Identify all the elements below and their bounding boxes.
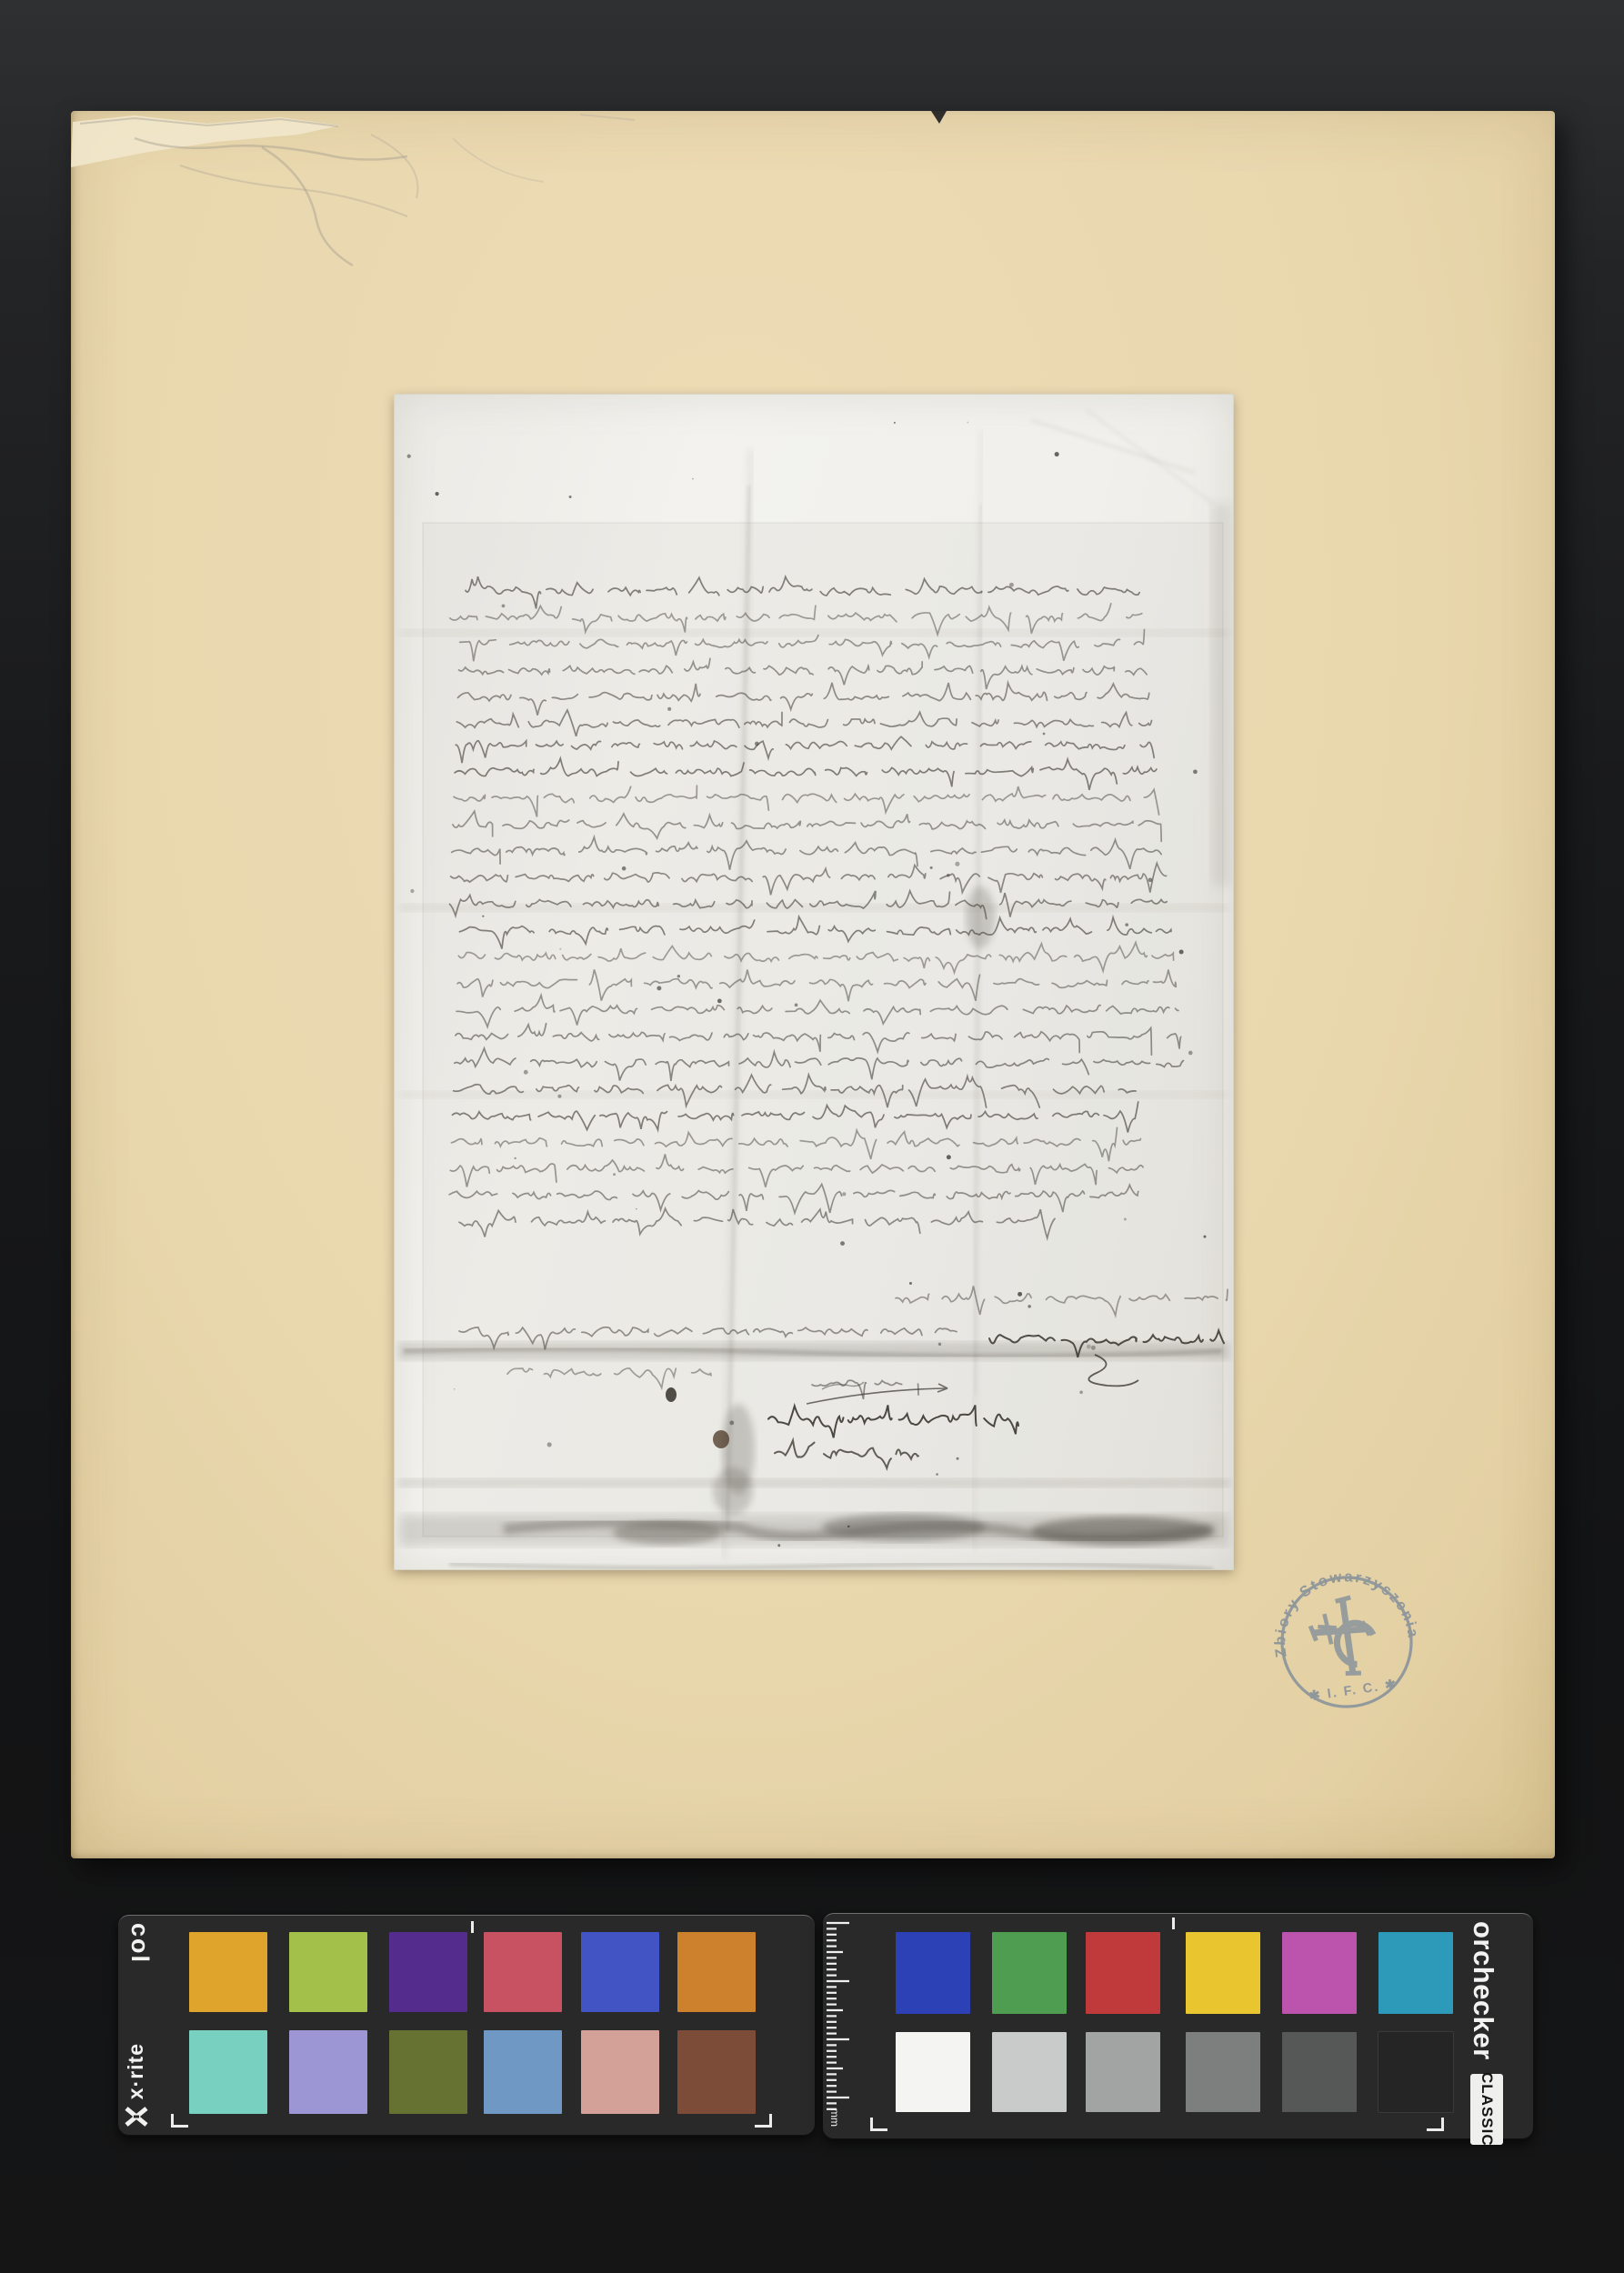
color-patch-left-r1c4: [484, 1932, 562, 2012]
letter-photograph: [395, 395, 1233, 1569]
color-patch-left-r2c3: [389, 2030, 467, 2114]
color-patch-right-r2c2: [992, 2032, 1067, 2112]
color-patch-left-r1c2: [289, 1932, 367, 2012]
colorchecker-name-fragment-right: orchecker: [1467, 1921, 1499, 2060]
color-patch-right-r1c6: [1378, 1932, 1453, 2014]
classic-badge-label: CLASSIC: [1478, 2072, 1496, 2147]
color-patch-left-r2c2: [289, 2030, 367, 2114]
color-patch-left-r2c5: [581, 2030, 659, 2114]
color-patch-right-r1c2: [992, 1932, 1067, 2014]
archival-photograph: Zbiory Stowarzyszenia ✱ I. F. C. ✱ col x…: [0, 0, 1624, 2273]
colorchecker-left-card: col x·rite: [118, 1915, 815, 2136]
color-patch-right-r2c5: [1282, 2032, 1357, 2112]
fiducial-tick: [471, 1921, 474, 1933]
fiducial-tick: [1172, 1918, 1175, 1929]
ruler-unit-label: mm: [828, 2108, 841, 2127]
color-patch-right-r2c6: [1378, 2032, 1453, 2112]
color-patch-right-r2c4: [1186, 2032, 1260, 2112]
registration-corner-mark: [171, 2114, 188, 2128]
color-patch-left-r1c6: [677, 1932, 756, 2012]
color-patch-right-r1c1: [896, 1932, 970, 2014]
color-patch-right-r2c1: [896, 2032, 970, 2112]
colorchecker-name-fragment-left: col: [125, 1923, 154, 1964]
xrite-logo-icon: [125, 2105, 148, 2128]
color-patch-right-r1c4: [1186, 1932, 1260, 2014]
color-patch-left-r2c6: [677, 2030, 756, 2114]
registration-corner-mark: [755, 2114, 772, 2128]
color-patch-left-r2c1: [189, 2030, 267, 2114]
colorchecker-right-card: mm orchecker CLASSIC: [823, 1913, 1533, 2139]
registration-corner-mark: [1427, 2118, 1444, 2131]
registration-corner-mark: [870, 2118, 887, 2131]
color-patch-right-r1c5: [1282, 1932, 1357, 2014]
color-patch-right-r1c3: [1086, 1932, 1160, 2014]
color-patch-left-r1c5: [581, 1932, 659, 2012]
xrite-brand-label: x·rite: [124, 2043, 148, 2099]
color-patch-left-r1c1: [189, 1932, 267, 2012]
mm-ruler: [823, 1916, 861, 2114]
color-patch-left-r1c3: [389, 1932, 467, 2012]
color-patch-left-r2c4: [484, 2030, 562, 2114]
color-patch-right-r2c3: [1086, 2032, 1160, 2112]
classic-badge: CLASSIC: [1470, 2074, 1503, 2145]
